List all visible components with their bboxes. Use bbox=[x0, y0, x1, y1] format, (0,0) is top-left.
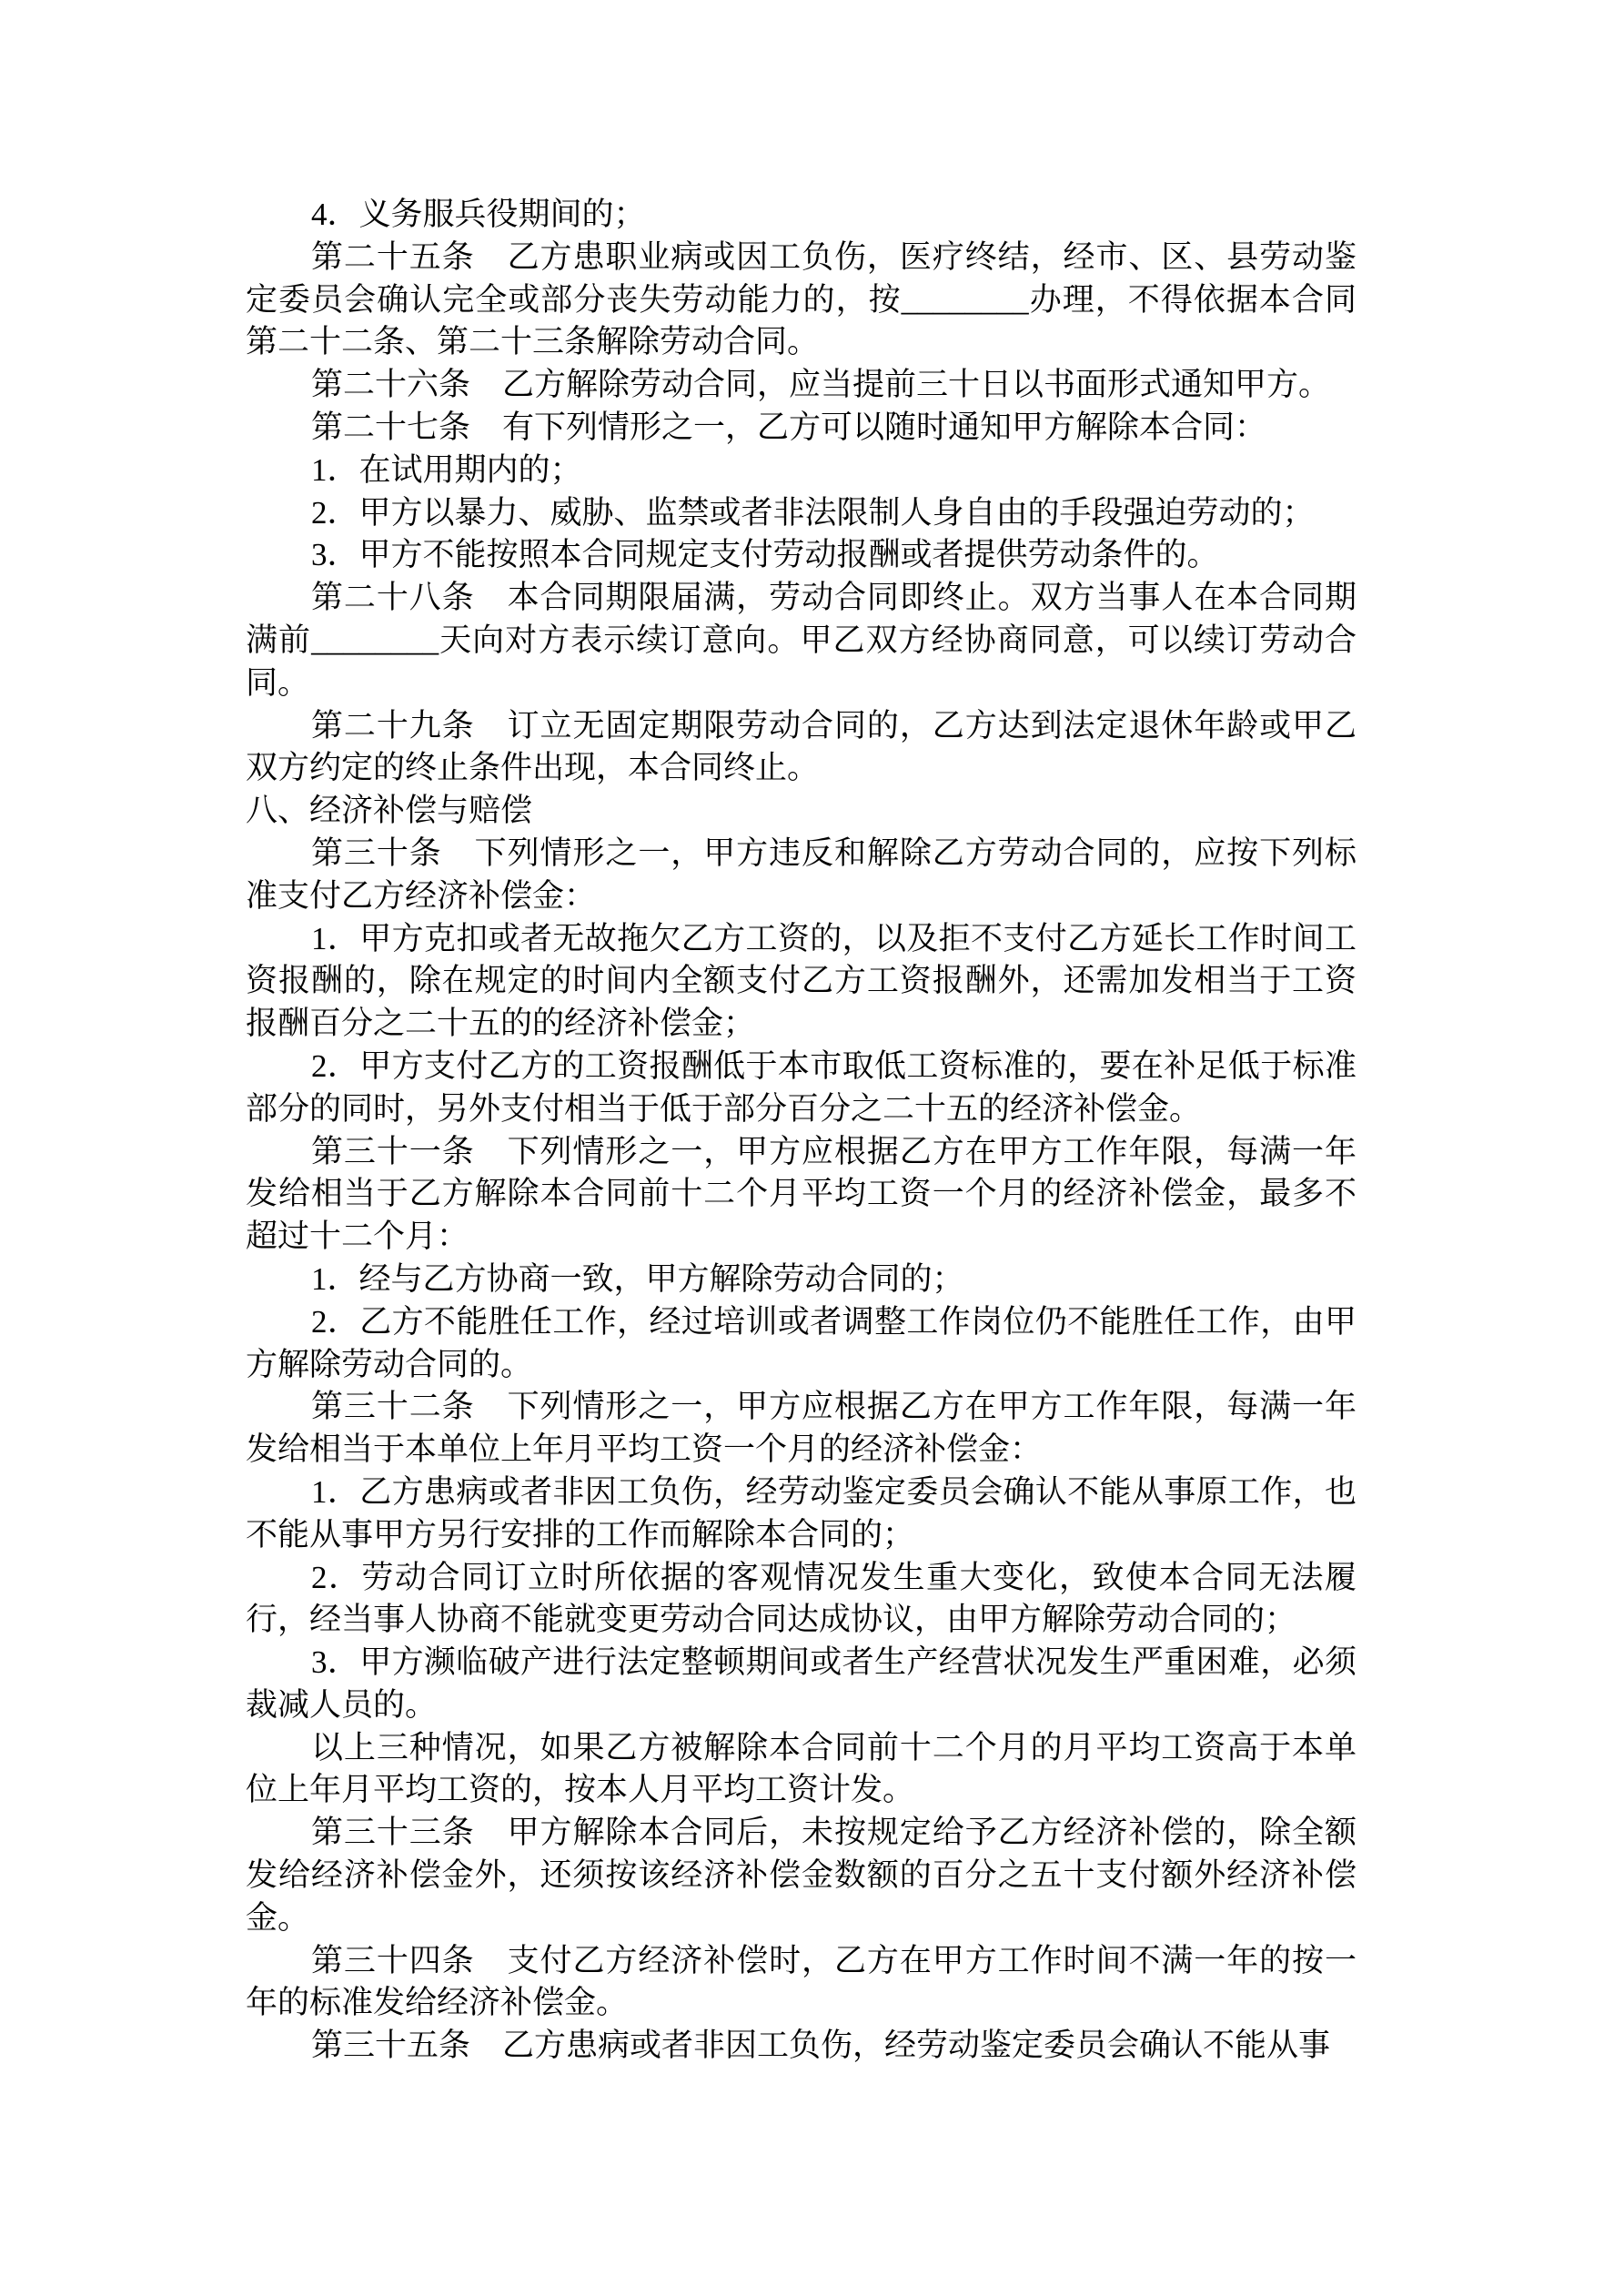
clause-31-item-2: 2．乙方不能胜任工作，经过培训或者调整工作岗位仍不能胜任工作，由甲方解除劳动合同… bbox=[246, 1301, 1357, 1387]
clause-30: 第三十条 下列情形之一，甲方违反和解除乙方劳动合同的，应按下列标准支付乙方经济补… bbox=[246, 833, 1357, 918]
clause-32-item-2: 2．劳动合同订立时所依据的客观情况发生重大变化，致使本合同无法履行，经当事人协商… bbox=[246, 1557, 1357, 1643]
clause-35-partial: 第三十五条 乙方患病或者非因工负伤，经劳动鉴定委员会确认不能从事 bbox=[246, 2025, 1357, 2068]
clause-30-item-2: 2．甲方支付乙方的工资报酬低于本市取低工资标准的，要在补足低于标准部分的同时，另… bbox=[246, 1046, 1357, 1131]
clause-28: 第二十八条 本合同期限届满，劳动合同即终止。双方当事人在本合同期满前______… bbox=[246, 577, 1357, 704]
document-page: 4．义务服兵役期间的； 第二十五条 乙方患职业病或因工负伤，医疗终结，经市、区、… bbox=[0, 0, 1624, 2296]
clause-32-item-1: 1．乙方患病或者非因工负伤，经劳动鉴定委员会确认不能从事原工作，也不能从事甲方另… bbox=[246, 1472, 1357, 1557]
clause-33: 第三十三条 甲方解除本合同后，未按规定给予乙方经济补偿的，除全额发给经济补偿金外… bbox=[246, 1812, 1357, 1939]
clause-30-item-1: 1．甲方克扣或者无故拖欠乙方工资的，以及拒不支付乙方延长工作时间工资报酬的，除在… bbox=[246, 918, 1357, 1046]
clause-31-item-1: 1．经与乙方协商一致，甲方解除劳动合同的； bbox=[246, 1259, 1357, 1301]
clause-27-item-2: 2．甲方以暴力、威胁、监禁或者非法限制人身自由的手段强迫劳动的； bbox=[246, 492, 1357, 535]
clause-31: 第三十一条 下列情形之一，甲方应根据乙方在甲方工作年限，每满一年发给相当于乙方解… bbox=[246, 1131, 1357, 1259]
clause-34: 第三十四条 支付乙方经济补偿时，乙方在甲方工作时间不满一年的按一年的标准发给经济… bbox=[246, 1940, 1357, 2026]
contract-text-block: 4．义务服兵役期间的； 第二十五条 乙方患职业病或因工负伤，医疗终结，经市、区、… bbox=[246, 194, 1357, 2068]
section-heading-compensation: 八、经济补偿与赔偿 bbox=[246, 790, 1357, 833]
clause-29: 第二十九条 订立无固定期限劳动合同的，乙方达到法定退休年龄或甲乙双方约定的终止条… bbox=[246, 705, 1357, 791]
clause-27-item-3: 3．甲方不能按照本合同规定支付劳动报酬或者提供劳动条件的。 bbox=[246, 534, 1357, 577]
clause-27: 第二十七条 有下列情形之一，乙方可以随时通知甲方解除本合同： bbox=[246, 407, 1357, 450]
clause-32: 第三十二条 下列情形之一，甲方应根据乙方在甲方工作年限，每满一年发给相当于本单位… bbox=[246, 1386, 1357, 1472]
clause-32-item-3: 3．甲方濒临破产进行法定整顿期间或者生产经营状况发生严重困难，必须裁减人员的。 bbox=[246, 1642, 1357, 1727]
clause-26: 第二十六条 乙方解除劳动合同，应当提前三十日以书面形式通知甲方。 bbox=[246, 364, 1357, 407]
clause-27-item-1: 1．在试用期内的； bbox=[246, 450, 1357, 492]
list-item-4-military-service: 4．义务服兵役期间的； bbox=[246, 194, 1357, 237]
clause-32-note: 以上三种情况，如果乙方被解除本合同前十二个月的月平均工资高于本单位上年月平均工资… bbox=[246, 1727, 1357, 1813]
clause-25: 第二十五条 乙方患职业病或因工负伤，医疗终结，经市、区、县劳动鉴定委员会确认完全… bbox=[246, 237, 1357, 364]
